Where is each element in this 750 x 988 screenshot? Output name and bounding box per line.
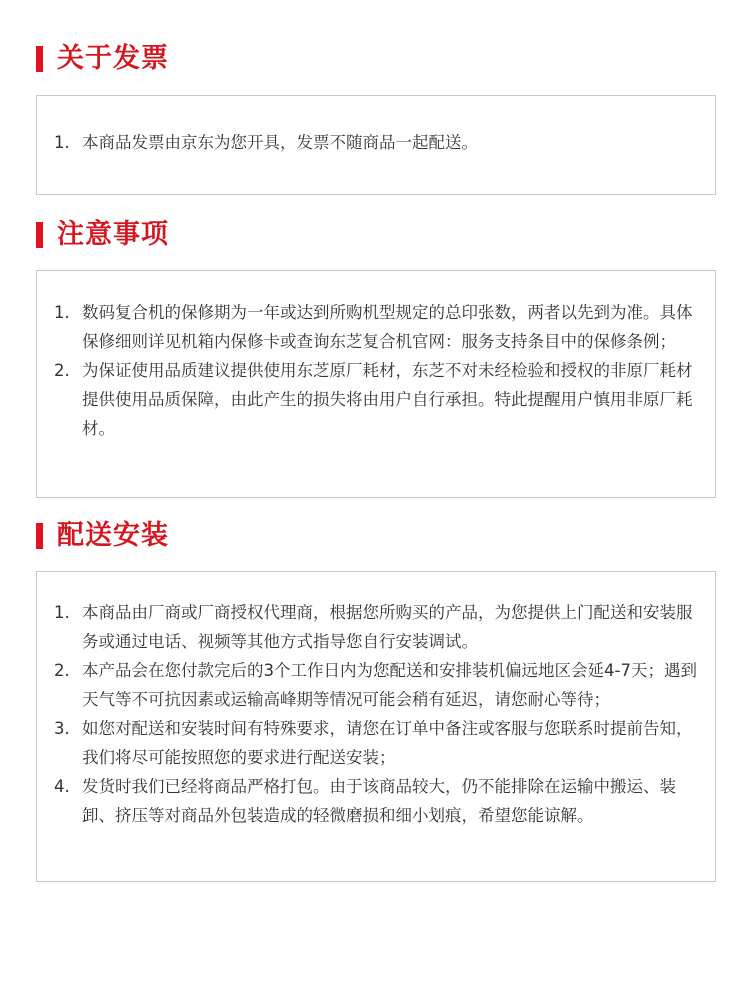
accent-bar — [36, 46, 43, 72]
section-title: 关于发票 — [57, 43, 169, 75]
item-text: 发货时我们已经将商品严格打包。由于该商品较大，仍不能排除在运输中搬运、装卸、挤压… — [82, 772, 715, 830]
item-number: 1. — [37, 128, 82, 157]
item-text: 为保证使用品质建议提供使用东芝原厂耗材，东芝不对未经检验和授权的非原厂耗材提供使… — [82, 356, 715, 443]
list-item: 1. 本商品由厂商或厂商授权代理商，根据您所购买的产品，为您提供上门配送和安装服… — [37, 598, 715, 656]
section-header-delivery: 配送安装 — [36, 520, 169, 552]
item-number: 4. — [37, 772, 82, 830]
item-number: 1. — [37, 598, 82, 656]
section-title: 配送安装 — [57, 520, 169, 552]
list-item: 4. 发货时我们已经将商品严格打包。由于该商品较大，仍不能排除在运输中搬运、装卸… — [37, 772, 715, 830]
section-title: 注意事项 — [57, 219, 169, 251]
item-text: 本商品由厂商或厂商授权代理商，根据您所购买的产品，为您提供上门配送和安装服务或通… — [82, 598, 715, 656]
list-item: 2. 为保证使用品质建议提供使用东芝原厂耗材，东芝不对未经检验和授权的非原厂耗材… — [37, 356, 715, 443]
list-item: 3. 如您对配送和安装时间有特殊要求，请您在订单中备注或客服与您联系时提前告知，… — [37, 714, 715, 772]
accent-bar — [36, 222, 43, 248]
section-header-invoice: 关于发票 — [36, 43, 169, 75]
list-item: 1. 本商品发票由京东为您开具，发票不随商品一起配送。 — [37, 128, 715, 157]
item-text: 数码复合机的保修期为一年或达到所购机型规定的总印张数，两者以先到为准。具体保修细… — [82, 298, 715, 356]
item-number: 1. — [37, 298, 82, 356]
invoice-box: 1. 本商品发票由京东为您开具，发票不随商品一起配送。 — [36, 95, 716, 195]
list-item: 2. 本产品会在您付款完后的3个工作日内为您配送和安排装机偏远地区会延4-7天；… — [37, 656, 715, 714]
notes-box: 1. 数码复合机的保修期为一年或达到所购机型规定的总印张数，两者以先到为准。具体… — [36, 270, 716, 498]
item-number: 2. — [37, 356, 82, 443]
list-item: 1. 数码复合机的保修期为一年或达到所购机型规定的总印张数，两者以先到为准。具体… — [37, 298, 715, 356]
accent-bar — [36, 523, 43, 549]
section-header-notes: 注意事项 — [36, 219, 169, 251]
item-number: 2. — [37, 656, 82, 714]
item-text: 如您对配送和安装时间有特殊要求，请您在订单中备注或客服与您联系时提前告知，我们将… — [82, 714, 715, 772]
item-text: 本商品发票由京东为您开具，发票不随商品一起配送。 — [82, 128, 715, 157]
delivery-box: 1. 本商品由厂商或厂商授权代理商，根据您所购买的产品，为您提供上门配送和安装服… — [36, 571, 716, 882]
item-number: 3. — [37, 714, 82, 772]
item-text: 本产品会在您付款完后的3个工作日内为您配送和安排装机偏远地区会延4-7天；遇到天… — [82, 656, 715, 714]
